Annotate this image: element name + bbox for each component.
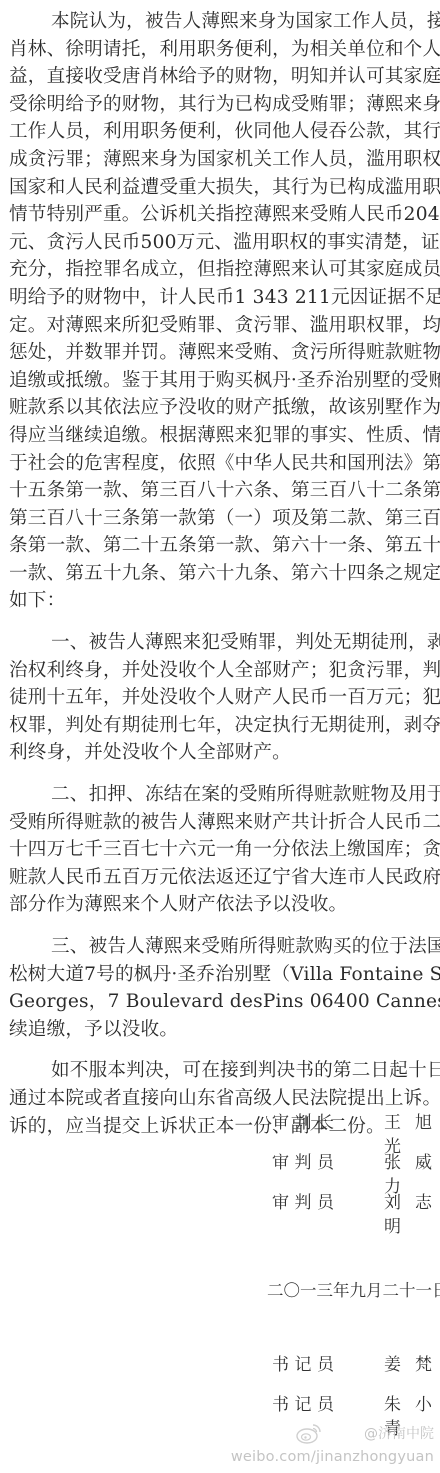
signature-role: 审判长 — [272, 1111, 334, 1135]
text-line: 通过本院或者直接向山东省高级人民法院提出上诉。书面上 — [9, 1085, 431, 1113]
text-line: 成贪污罪；薄熙来身为国家机关工作人员，滥用职权，致使 — [9, 146, 431, 174]
text-line: 明给予的财物中，计人民币1 343 211元因证据不足，不予认 — [9, 284, 431, 312]
weibo-handle: @济南中院 — [364, 1426, 434, 1442]
text-line: 权罪，判处有期徒刑七年，决定执行无期徒刑，剥夺政治权 — [9, 712, 431, 740]
text-line: 于社会的危害程度，依照《中华人民共和国刑法》第三百八 — [9, 450, 431, 478]
signature-presiding-judge: 审判长 王旭光 — [272, 1111, 432, 1135]
text-line: 条第一款、第二十五条第一款、第六十一条、第五十七条第 — [9, 532, 431, 560]
text-line: 国家和人民利益遭受重大损失，其行为已构成滥用职权罪， — [9, 174, 431, 202]
signature-role: 审判员 — [272, 1191, 334, 1215]
text-line: 赃款人民币五百万元依法返还辽宁省大连市人民政府；其余 — [9, 864, 431, 892]
text-line: 部分作为薄熙来个人财产依法予以没收。 — [9, 891, 431, 919]
weibo-watermark: @济南中院 weibo.com/jinanzhongyuan — [234, 1420, 434, 1470]
signature-name: 刘志明 — [384, 1191, 432, 1239]
text-line: 如下： — [9, 587, 431, 615]
signature-name: 姜梵 — [384, 1353, 432, 1377]
text-line: 十四万七千三百七十六元一角一分依法上缴国库；贪污所得 — [9, 836, 431, 864]
text-line: 本院认为，被告人薄熙来身为国家工作人员，接受唐 — [9, 8, 431, 36]
paragraph-reasoning: 本院认为，被告人薄熙来身为国家工作人员，接受唐 肖林、徐明请托，利用职务便利，为… — [9, 8, 431, 615]
text-line: 三、被告人薄熙来受贿所得赃款购买的位于法国戛纳 — [9, 933, 431, 961]
paragraph-verdict-2: 二、扣押、冻结在案的受贿所得赃款赃物及用于抵缴 受贿所得赃款的被告人薄熙来财产共… — [9, 781, 431, 919]
weibo-logo-icon — [296, 1422, 322, 1444]
text-line: 松树大道7号的枫丹·圣乔治别墅（Villa Fontaine Saint — [9, 961, 431, 989]
text-line: 工作人员，利用职务便利，伙同他人侵吞公款，其行为已构 — [9, 118, 431, 146]
text-line: 受徐明给予的财物，其行为已构成受贿罪；薄熙来身为国家 — [9, 91, 431, 119]
signature-role: 书记员 — [272, 1353, 334, 1377]
text-line: 惩处，并数罪并罚。薄熙来受贿、贪污所得赃款赃物已分别 — [9, 339, 431, 367]
text-line: Georges，7 Boulevard desPins 06400 Cannes… — [9, 988, 431, 1016]
text-line: 第三百八十三条第一款第（一）项及第二款、第三百九十七 — [9, 505, 431, 533]
judgment-date: 二〇一三年九月二十一日 — [267, 1279, 433, 1303]
text-line: 充分，指控罪名成立，但指控薄熙来认可其家庭成员收受徐 — [9, 256, 431, 284]
paragraph-verdict-3: 三、被告人薄熙来受贿所得赃款购买的位于法国戛纳 松树大道7号的枫丹·圣乔治别墅（… — [9, 933, 431, 1043]
weibo-url: weibo.com/jinanzhongyuan — [231, 1448, 434, 1466]
text-line: 一、被告人薄熙来犯受贿罪，判处无期徒刑，剥夺政 — [9, 629, 431, 657]
paragraph-verdict-1: 一、被告人薄熙来犯受贿罪，判处无期徒刑，剥夺政 治权利终身，并处没收个人全部财产… — [9, 629, 431, 767]
text-line: 徒刑十五年，并处没收个人财产人民币一百万元；犯滥用职 — [9, 684, 431, 712]
text-line: 如不服本判决，可在接到判决书的第二日起十日内， — [9, 1057, 431, 1085]
text-line: 肖林、徐明请托，利用职务便利，为相关单位和个人谋取利 — [9, 36, 431, 64]
signature-role: 审判员 — [272, 1151, 334, 1175]
text-line: 十五条第一款、第三百八十六条、第三百八十二条第一款、 — [9, 477, 431, 505]
judgment-document: 本院认为，被告人薄熙来身为国家工作人员，接受唐 肖林、徐明请托，利用职务便利，为… — [9, 8, 431, 1154]
text-line: 受贿所得赃款的被告人薄熙来财产共计折合人民币二千零四 — [9, 809, 431, 837]
text-line: 二、扣押、冻结在案的受贿所得赃款赃物及用于抵缴 — [9, 781, 431, 809]
text-line: 一款、第五十九条、第六十九条、第六十四条之规定，判决 — [9, 560, 431, 588]
signature-role: 书记员 — [272, 1393, 334, 1417]
text-line: 治权利终身，并处没收个人全部财产；犯贪污罪，判处有期 — [9, 657, 431, 685]
text-line: 益，直接收受唐肖林给予的财物，明知并认可其家庭成员收 — [9, 63, 431, 91]
text-line: 元、贪污人民币500万元、滥用职权的事实清楚，证据确实、 — [9, 229, 431, 257]
text-line: 续追缴，予以没收。 — [9, 1016, 431, 1044]
text-line: 定。对薄熙来所犯受贿罪、贪污罪、滥用职权罪，均应依法 — [9, 312, 431, 340]
text-line: 追缴或抵缴。鉴于其用于购买枫丹·圣乔治别墅的受贿所得 — [9, 367, 431, 395]
text-line: 情节特别严重。公诉机关指控薄熙来受贿人民币20447376.11 — [9, 201, 431, 229]
text-line: 利终身，并处没收个人全部财产。 — [9, 739, 431, 767]
signature-judge: 审判员 张威力 — [272, 1151, 432, 1175]
text-line: 赃款系以其依法应予没收的财产抵缴，故该别墅作为犯罪所 — [9, 394, 431, 422]
text-line: 得应当继续追缴。根据薄熙来犯罪的事实、性质、情节和对 — [9, 422, 431, 450]
signature-judge: 审判员 刘志明 — [272, 1191, 432, 1215]
signature-clerk: 书记员 姜梵 — [272, 1353, 432, 1377]
signature-clerk: 书记员 朱小青 — [272, 1393, 432, 1417]
